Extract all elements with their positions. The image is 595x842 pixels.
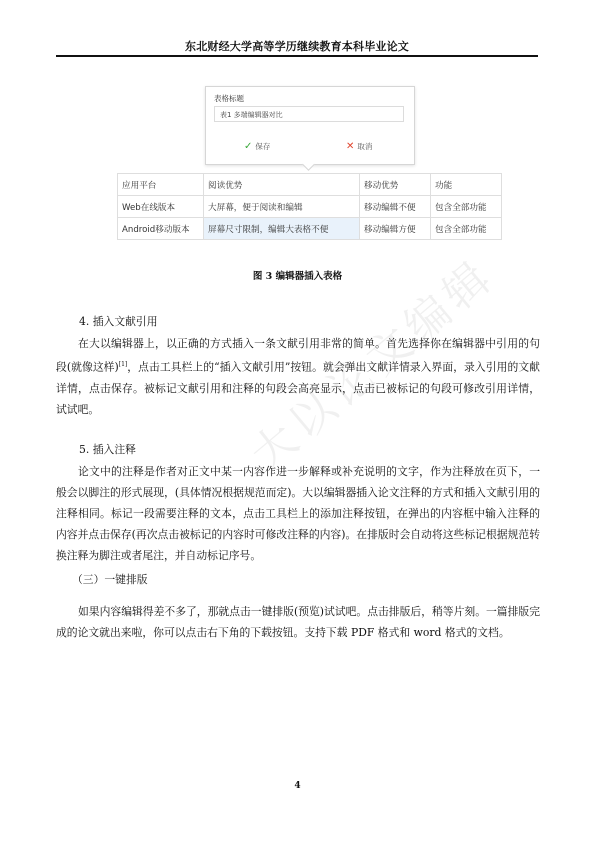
- table-header-cell[interactable]: 移动优势: [360, 174, 431, 196]
- table-header-row: 应用平台 阅读优势 移动优势 功能: [118, 174, 502, 196]
- cancel-button[interactable]: ✕ 取消: [346, 141, 372, 152]
- paragraph-insert-citation: 在大以编辑器上，以正确的方式插入一条文献引用非常的简单。首先选择你在编辑器中引用…: [56, 333, 540, 420]
- table-cell[interactable]: 包含全部功能: [431, 218, 502, 240]
- table-cell[interactable]: Web在线版本: [118, 196, 204, 218]
- header-divider: [56, 55, 538, 57]
- save-button[interactable]: ✓ 保存: [244, 141, 270, 152]
- table-header-cell[interactable]: 应用平台: [118, 174, 204, 196]
- paragraph-one-click-layout: 如果内容编辑得差不多了，那就点击一键排版(预览)试试吧。点击排版后，稍等片刻。一…: [56, 601, 540, 643]
- table-cell-selected[interactable]: 屏幕尺寸限制，编辑大表格不便: [204, 218, 360, 240]
- table-header-cell[interactable]: 功能: [431, 174, 502, 196]
- popup-label: 表格标题: [214, 93, 244, 104]
- table-caption-input[interactable]: 表1 多端编辑器对比: [214, 106, 404, 122]
- table-cell[interactable]: 大屏幕，便于阅读和编辑: [204, 196, 360, 218]
- document-header-title: 东北财经大学高等学历继续教育本科毕业论文: [56, 38, 538, 54]
- save-button-label: 保存: [255, 141, 270, 152]
- figure-editor-insert-table: 表格标题 表1 多端编辑器对比 ✓ 保存 ✕ 取消 应用平台 阅读优势 移动优势…: [117, 86, 505, 246]
- figure-caption: 图 3 编辑器插入表格: [0, 268, 595, 282]
- table-cell[interactable]: 包含全部功能: [431, 196, 502, 218]
- check-icon: ✓: [244, 141, 252, 152]
- table-cell[interactable]: 移动编辑方便: [360, 218, 431, 240]
- citation-marker[interactable]: [1]: [119, 361, 128, 368]
- paragraph-insert-note: 论文中的注释是作者对正文中某一内容作进一步解释或补充说明的文字，作为注释放在页下…: [56, 461, 540, 566]
- table-cell[interactable]: 移动编辑不便: [360, 196, 431, 218]
- comparison-table: 应用平台 阅读优势 移动优势 功能 Web在线版本 大屏幕，便于阅读和编辑 移动…: [117, 173, 502, 240]
- table-cell[interactable]: Android移动版本: [118, 218, 204, 240]
- popup-pointer: [302, 158, 315, 171]
- table-header-cell[interactable]: 阅读优势: [204, 174, 360, 196]
- section-heading-one-click-layout: （三）一键排版: [72, 572, 148, 587]
- paragraph-text: 论文中的注释是作者对正文中某一内容作进一步解释或补充说明的文字，作为注释放在页下…: [56, 461, 540, 566]
- paragraph-text: 如果内容编辑得差不多了，那就点击一键排版(预览)试试吧。点击排版后，稍等片刻。一…: [56, 601, 540, 643]
- table-caption-popup: 表格标题 表1 多端编辑器对比 ✓ 保存 ✕ 取消: [205, 86, 415, 165]
- table-row: Web在线版本 大屏幕，便于阅读和编辑 移动编辑不便 包含全部功能: [118, 196, 502, 218]
- section-heading-insert-citation: 4. 插入文献引用: [79, 314, 158, 329]
- table-row: Android移动版本 屏幕尺寸限制，编辑大表格不便 移动编辑方便 包含全部功能: [118, 218, 502, 240]
- close-icon: ✕: [346, 141, 354, 152]
- page-number: 4: [0, 781, 595, 791]
- cancel-button-label: 取消: [357, 141, 372, 152]
- paragraph-text: ，点击工具栏上的“插入文献引用”按钮。就会弹出文献详情录入界面，录入引用的文献详…: [56, 361, 540, 416]
- section-heading-insert-note: 5. 插入注释: [79, 442, 136, 457]
